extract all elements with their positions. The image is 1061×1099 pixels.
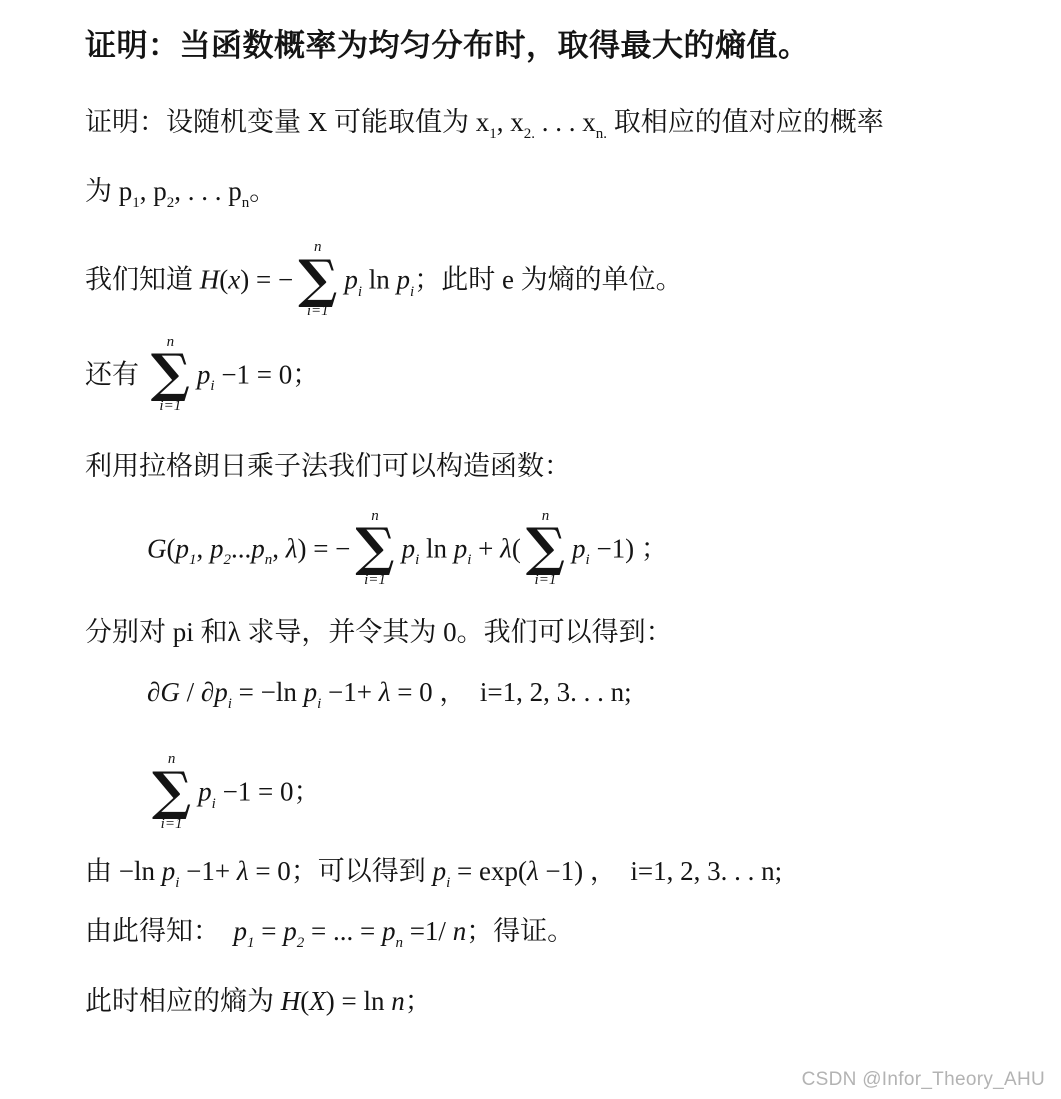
math-var: p bbox=[283, 916, 297, 946]
subscript: n. bbox=[596, 126, 607, 142]
subscript: i bbox=[358, 284, 362, 300]
text-run: ) = − bbox=[240, 265, 293, 295]
math-var: p bbox=[344, 265, 358, 295]
sum-lower-limit: i=1 bbox=[161, 816, 183, 833]
text-run: ； bbox=[641, 533, 668, 563]
text-run: ln bbox=[419, 533, 454, 563]
math-var: n bbox=[391, 986, 405, 1016]
doc-lines: 证明：设随机变量 X 可能取值为 x1, x2. . . . xn. 取相应的值… bbox=[85, 104, 1021, 1019]
sum-lower-limit: i=1 bbox=[535, 572, 557, 589]
text-run: ；得证。 bbox=[466, 916, 574, 946]
text-run: = −ln bbox=[232, 677, 304, 707]
math-var: p bbox=[197, 359, 211, 389]
text-run: ( bbox=[512, 533, 521, 563]
text-run: −1) bbox=[590, 533, 641, 563]
math-var: x bbox=[228, 265, 240, 295]
math-var: λ bbox=[500, 533, 512, 563]
sigma-glyph: ∑ bbox=[298, 256, 337, 304]
doc-line: 我们知道 H(x) = −n∑i=1pi ln pi；此时 e 为熵的单位。 bbox=[85, 242, 1021, 323]
text-run: ； bbox=[292, 359, 319, 389]
subscript: i bbox=[317, 696, 321, 712]
text-run: 还有 bbox=[85, 359, 146, 389]
text-run: = ... = bbox=[304, 916, 382, 946]
subscript: 1 bbox=[247, 935, 255, 951]
subscript: i bbox=[228, 696, 232, 712]
subscript: 2. bbox=[524, 126, 535, 142]
text-run: −1+ bbox=[179, 856, 236, 886]
text-run: =1/ bbox=[403, 916, 453, 946]
subscript: i bbox=[446, 875, 450, 891]
math-var: ∂p bbox=[201, 677, 228, 707]
sigma-glyph: ∑ bbox=[355, 524, 394, 572]
math-var: p bbox=[210, 533, 224, 563]
subscript: 2 bbox=[167, 195, 175, 211]
doc-line: 分别对 pi 和λ 求导，并令其为 0。我们可以得到： bbox=[85, 614, 1021, 650]
text-run: 证明：设随机变量 X 可能取值为 x bbox=[85, 107, 489, 137]
text-run: / bbox=[180, 677, 201, 707]
text-run: ； bbox=[405, 986, 432, 1016]
math-var: p bbox=[176, 533, 190, 563]
summation-symbol: n∑i=1 bbox=[355, 508, 394, 589]
text-run: ) = − bbox=[297, 533, 350, 563]
sigma-glyph: ∑ bbox=[152, 768, 191, 816]
subscript: i bbox=[212, 796, 216, 812]
math-var: H bbox=[200, 265, 220, 295]
summation-symbol: n∑i=1 bbox=[152, 751, 191, 832]
doc-line: 还有 n∑i=1pi −1 = 0； bbox=[85, 337, 1021, 418]
doc-line: n∑i=1pi −1 = 0； bbox=[85, 754, 1021, 835]
text-run: = bbox=[255, 916, 284, 946]
summation-symbol: n∑i=1 bbox=[526, 508, 565, 589]
subscript: 1 bbox=[189, 552, 197, 568]
text-run: , bbox=[272, 533, 286, 563]
sum-lower-limit: i=1 bbox=[364, 572, 386, 589]
watermark: CSDN @Infor_Theory_AHU bbox=[802, 1069, 1045, 1091]
text-run: 取相应的值对应的概率 bbox=[607, 107, 884, 137]
doc-line: 为 p1, p2, . . . pn。 bbox=[85, 173, 1021, 214]
subscript: i bbox=[210, 378, 214, 394]
subscript: 2 bbox=[224, 552, 232, 568]
math-var: G bbox=[147, 533, 167, 563]
text-run: ；可以得到 bbox=[291, 856, 433, 886]
math-var: p bbox=[304, 677, 318, 707]
math-var: p bbox=[234, 916, 248, 946]
math-var: λ bbox=[237, 856, 249, 886]
text-run: ( bbox=[300, 986, 309, 1016]
subscript: i bbox=[410, 284, 414, 300]
text-run: 我们知道 bbox=[85, 265, 200, 295]
text-run: ... bbox=[231, 533, 251, 563]
text-run: , x bbox=[497, 107, 524, 137]
subscript: n bbox=[265, 552, 273, 568]
text-run: 此时相应的熵为 bbox=[85, 986, 281, 1016]
subscript: n bbox=[395, 935, 403, 951]
subscript: i bbox=[467, 552, 471, 568]
doc-line: G(p1, p2...pn, λ) = −n∑i=1pi ln pi + λ(n… bbox=[85, 511, 1021, 592]
text-run: −1 = 0 bbox=[216, 777, 294, 807]
text-run: 分别对 pi 和λ 求导，并令其为 0。我们可以得到： bbox=[85, 617, 673, 647]
text-run: ； bbox=[294, 777, 321, 807]
doc-line: ∂G / ∂pi = −ln pi −1+ λ = 0 ， i=1, 2, 3.… bbox=[85, 674, 1021, 715]
math-var: p bbox=[402, 533, 416, 563]
text-run: , bbox=[197, 533, 211, 563]
text-run: i=1, 2, 3. . . n; bbox=[630, 856, 782, 886]
math-var: p bbox=[433, 856, 447, 886]
math-var: H bbox=[281, 986, 301, 1016]
subscript: 1 bbox=[489, 126, 497, 142]
subscript: 2 bbox=[297, 935, 305, 951]
document-page: 证明：当函数概率为均匀分布时，取得最大的熵值。 证明：设随机变量 X 可能取值为… bbox=[0, 0, 1061, 1099]
math-var: p bbox=[198, 777, 212, 807]
math-var: λ bbox=[379, 677, 391, 707]
subscript: n bbox=[242, 195, 250, 211]
text-run: 利用拉格朗日乘子法我们可以构造函数： bbox=[85, 451, 571, 481]
text-run: ) = ln bbox=[326, 986, 391, 1016]
text-run: 为 p bbox=[85, 176, 132, 206]
math-var: X bbox=[309, 986, 326, 1016]
text-run: 。 bbox=[249, 176, 276, 206]
text-run: . . . x bbox=[535, 107, 596, 137]
doc-title: 证明：当函数概率为均匀分布时，取得最大的熵值。 bbox=[85, 26, 1021, 66]
text-run: , . . . p bbox=[174, 176, 242, 206]
doc-line: 此时相应的熵为 H(X) = ln n； bbox=[85, 983, 1021, 1019]
sum-lower-limit: i=1 bbox=[307, 303, 329, 320]
sigma-glyph: ∑ bbox=[526, 524, 565, 572]
text-run: = 0 bbox=[249, 856, 291, 886]
subscript: 1 bbox=[132, 195, 140, 211]
sigma-glyph: ∑ bbox=[151, 350, 190, 398]
text-run: −1+ bbox=[321, 677, 378, 707]
math-var: n bbox=[453, 916, 467, 946]
text-run: ln bbox=[362, 265, 397, 295]
text-run: 由 −ln bbox=[85, 856, 162, 886]
text-run: = 0 ， bbox=[390, 677, 479, 707]
math-var: p bbox=[454, 533, 468, 563]
subscript: i bbox=[415, 552, 419, 568]
summation-symbol: n∑i=1 bbox=[298, 239, 337, 320]
math-var: p bbox=[397, 265, 411, 295]
text-run: ；此时 e 为熵的单位。 bbox=[414, 265, 682, 295]
text-run: i=1, 2, 3. . . n; bbox=[480, 677, 632, 707]
text-run: ( bbox=[219, 265, 228, 295]
text-run: = exp( bbox=[450, 856, 527, 886]
text-run: 由此得知： bbox=[85, 916, 234, 946]
summation-symbol: n∑i=1 bbox=[151, 334, 190, 415]
text-run: −1) ， bbox=[539, 856, 631, 886]
subscript: i bbox=[586, 552, 590, 568]
subscript: i bbox=[175, 875, 179, 891]
text-run: ( bbox=[167, 533, 176, 563]
doc-line: 由此得知： p1 = p2 = ... = pn =1/ n；得证。 bbox=[85, 913, 1021, 954]
math-var: p bbox=[572, 533, 586, 563]
doc-line: 利用拉格朗日乘子法我们可以构造函数： bbox=[85, 448, 1021, 484]
text-run: + bbox=[471, 533, 500, 563]
doc-line: 由 −ln pi −1+ λ = 0；可以得到 pi = exp(λ −1) ，… bbox=[85, 853, 1021, 894]
doc-line: 证明：设随机变量 X 可能取值为 x1, x2. . . . xn. 取相应的值… bbox=[85, 104, 1021, 145]
math-var: λ bbox=[527, 856, 539, 886]
text-run: −1 = 0 bbox=[215, 359, 293, 389]
math-var: p bbox=[162, 856, 176, 886]
math-var: λ bbox=[286, 533, 298, 563]
text-run: , p bbox=[140, 176, 167, 206]
math-var: p bbox=[251, 533, 265, 563]
math-var: ∂G bbox=[147, 677, 180, 707]
math-var: p bbox=[382, 916, 396, 946]
sum-lower-limit: i=1 bbox=[159, 398, 181, 415]
